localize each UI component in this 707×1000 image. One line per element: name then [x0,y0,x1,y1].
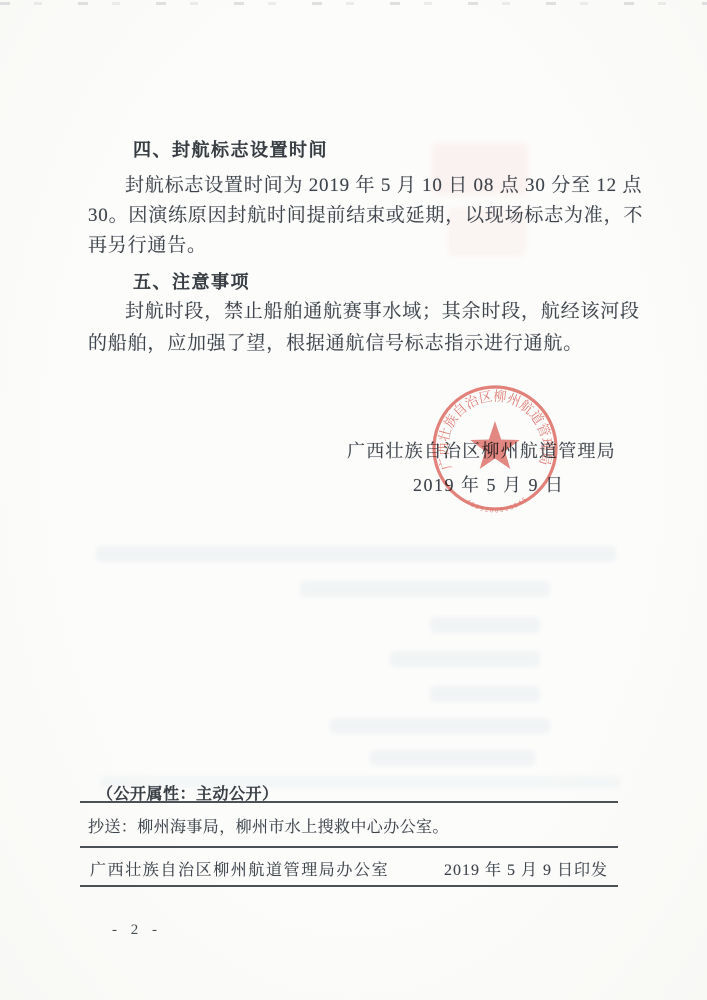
separator-line [80,885,618,887]
paragraph-line: 的船舶，应加强了望，根据通航信号标志指示进行通航。 [88,328,625,360]
svg-text:4809200006545: 4809200006545 [465,495,530,514]
scanned-document-page: 四、封航标志设置时间 封航标志设置时间为 2019 年 5 月 10 日 08 … [0,0,707,1000]
section-5-heading: 五、注意事项 [133,268,250,294]
section-4-heading: 四、封航标志设置时间 [133,136,328,162]
cc-recipients-line: 抄送：柳州海事局，柳州市水上搜救中心办公室。 [88,814,449,837]
paragraph-line: 封航时段，禁止船舶通航赛事水域；其余时段，航经该河段 [88,296,625,328]
official-seal-stamp: 广西壮族自治区柳州航道管理局 4809200006545 [409,362,581,534]
page-number: - 2 - [112,922,162,939]
bleed-through-ghost [390,651,540,667]
bleed-through-ghost [430,686,540,702]
paragraph-line: 30。因演练原因封航时间提前结束或延期，以现场标志为准，不 [88,201,625,231]
separator-line [80,801,618,803]
scanner-edge-artifact [0,2,707,5]
print-date-label: 2019 年 5 月 9 日印发 [444,857,608,880]
bleed-through-ghost [430,617,540,633]
issuing-office-label: 广西壮族自治区柳州航道管理局办公室 [90,857,389,880]
star-icon [470,421,519,469]
bleed-through-ghost [96,546,616,562]
section-5-paragraph: 封航时段，禁止船舶通航赛事水域；其余时段，航经该河段 的船舶，应加强了望，根据通… [88,296,625,360]
paragraph-line: 再另行通告。 [88,231,625,261]
seal-serial-number: 4809200006545 [465,495,530,514]
bleed-through-ghost [370,750,535,766]
bleed-through-ghost [330,718,550,734]
separator-line [80,846,618,848]
paragraph-line: 封航标志设置时间为 2019 年 5 月 10 日 08 点 30 分至 12 … [88,171,625,201]
section-4-paragraph: 封航标志设置时间为 2019 年 5 月 10 日 08 点 30 分至 12 … [88,171,625,261]
bleed-through-ghost [300,581,550,597]
